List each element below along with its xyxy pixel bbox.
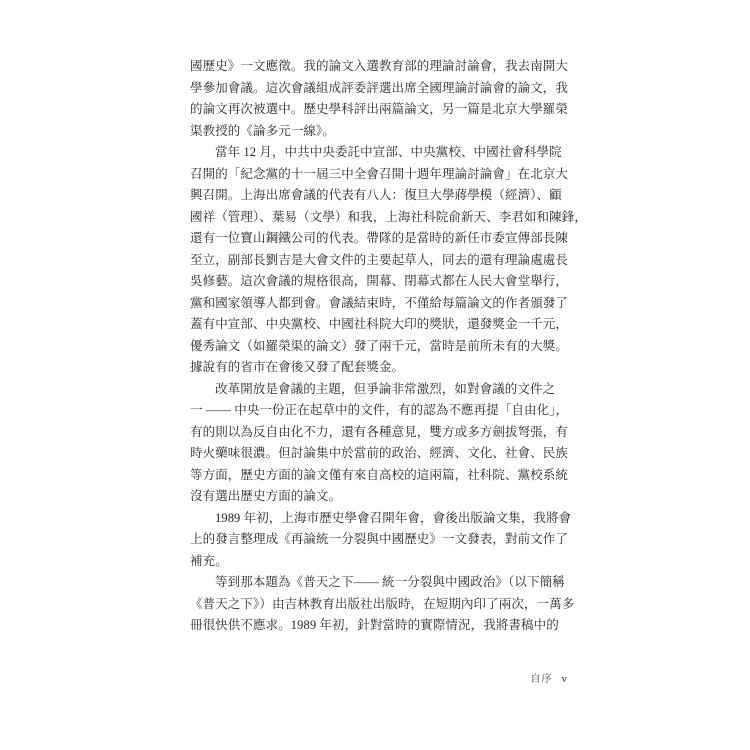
- text-line: 還有一位寶山鋼鐵公司的代表。帶隊的是當時的新任市委宣傳部長陳: [190, 228, 570, 250]
- text-line: 至立，副部長劉吉是大會文件的主要起草人，同去的還有理論處處長: [190, 250, 570, 272]
- text-line: 蓋有中宣部、中央黨校、中國社科院大印的獎狀，還發獎金一千元，: [190, 314, 570, 336]
- body-text-block: 國歷史》一文應徵。我的論文入選教育部的理論討論會，我去南開大 學參加會議。這次會…: [190, 56, 570, 637]
- text-line: 1989 年初，上海市歷史學會召開年會，會後出版論文集，我將會: [190, 508, 570, 530]
- text-line: 興召開。上海出席會議的代表有八人：復旦大學蔣學模（經濟）、顧: [190, 185, 570, 207]
- text-line: 《普天之下》）由吉林教育出版社出版時，在短期內印了兩次，一萬多: [190, 594, 570, 616]
- text-line: 補充。: [190, 551, 570, 573]
- text-line: 沒有選出歷史方面的論文。: [190, 486, 570, 508]
- text-line: 學參加會議。這次會議組成評委評選出席全國理論討論會的論文，我: [190, 78, 570, 100]
- text-line: 召開的「紀念黨的十一屆三中全會召開十週年理論討論會」在北京大: [190, 164, 570, 186]
- text-line: 冊很快供不應求。1989 年初，針對當時的實際情況，我將書稿中的: [190, 615, 570, 637]
- text-line: 吳修藝。這次會議的規格很高，開幕、閉幕式都在人民大會堂舉行，: [190, 271, 570, 293]
- text-line: 當年 12 月，中共中央委託中宣部、中央黨校、中國社會科學院: [190, 142, 570, 164]
- text-line: 有的則以為反自由化不力，還有各種意見，雙方或多方劍拔弩張，有: [190, 422, 570, 444]
- text-line: 據說有的省市在會後又發了配套獎金。: [190, 357, 570, 379]
- footer-page-number: v: [562, 673, 568, 685]
- page-footer: 自序 v: [190, 670, 567, 685]
- footer-section-label: 自序: [531, 670, 553, 685]
- text-line: 時火藥味很濃。但討論集中於當前的政治、經濟、文化、社會、民族: [190, 443, 570, 465]
- text-line: 的論文再次被選中。歷史學科評出兩篇論文，另一篇是北京大學羅榮: [190, 99, 570, 121]
- book-page: 國歷史》一文應徵。我的論文入選教育部的理論討論會，我去南開大 學參加會議。這次會…: [0, 0, 750, 750]
- text-line: 優秀論文（如羅榮渠的論文）發了兩千元，當時是前所未有的大獎。: [190, 336, 570, 358]
- text-line: 改革開放是會議的主題，但爭論非常激烈，如對會議的文件之: [190, 379, 570, 401]
- text-line: 等到那本題為《普天之下—— 統一分裂與中國政治》（以下簡稱: [190, 572, 570, 594]
- text-line: 渠教授的《論多元一線》。: [190, 121, 570, 143]
- text-line: 上的發言整理成《再論統一分裂與中國歷史》一文發表，對前文作了: [190, 529, 570, 551]
- text-line: 等方面，歷史方面的論文僅有來自高校的這兩篇，社科院、黨校系統: [190, 465, 570, 487]
- text-line: 國歷史》一文應徵。我的論文入選教育部的理論討論會，我去南開大: [190, 56, 570, 78]
- text-line: 一 —— 中央一份正在起草中的文件，有的認為不應再提「自由化」，: [190, 400, 570, 422]
- text-line: 國祥（管理）、葉易（文學）和我，上海社科院俞新天、李君如和陳鋒，: [190, 207, 570, 229]
- text-line: 黨和國家領導人都到會。會議結束時，不僅給每篇論文的作者頒發了: [190, 293, 570, 315]
